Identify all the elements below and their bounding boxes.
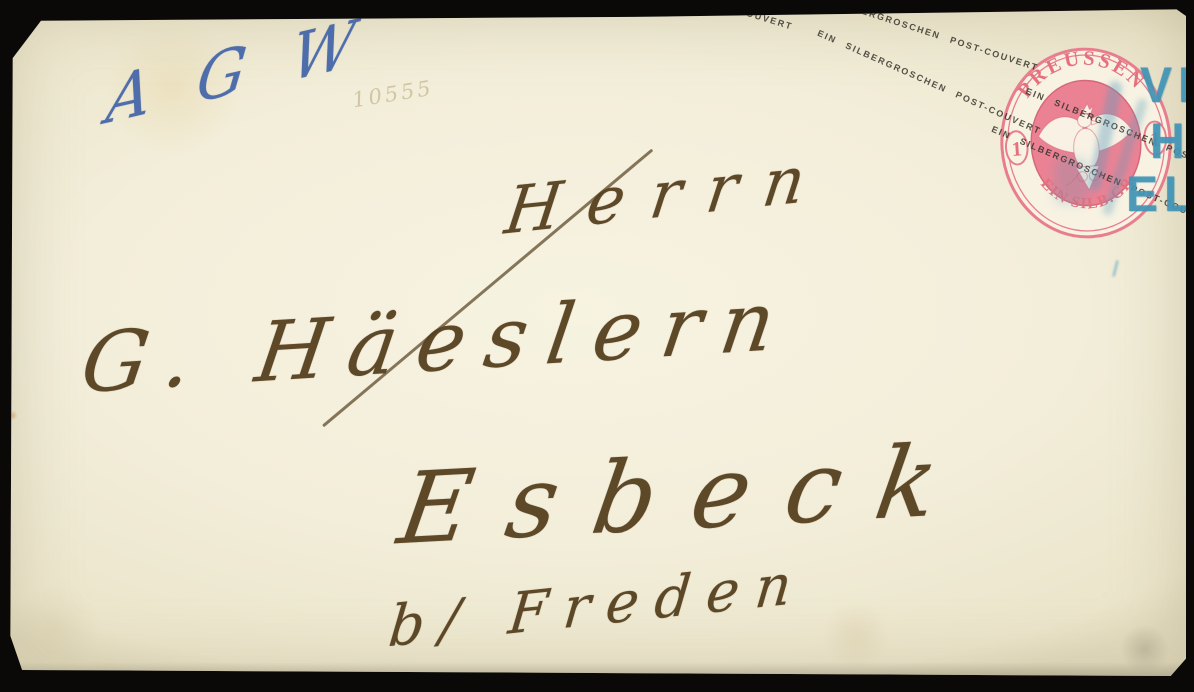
address-place: Esbeck bbox=[391, 422, 981, 567]
envelope: A G W 10555 PREUSSEN EIN SILB.GR bbox=[8, 8, 1186, 676]
postmark-smudge bbox=[1112, 260, 1119, 277]
envelope-bottom-shadow bbox=[8, 662, 1186, 676]
overprint-line-fragment: OUVERT bbox=[745, 8, 794, 32]
pencil-number: 10555 bbox=[351, 76, 436, 113]
address-salutation: Herrn bbox=[501, 140, 836, 250]
postmark-line-2: H bbox=[1150, 117, 1191, 167]
postmark-smudge bbox=[1054, 158, 1088, 204]
postmark-line-3: EL bbox=[1126, 170, 1194, 220]
blue-crayon-notation: A G W bbox=[103, 2, 373, 139]
address-name: G. Häeslern bbox=[75, 273, 801, 413]
postmark-line-1: VE bbox=[1140, 61, 1194, 111]
address-district: b/ Freden bbox=[386, 550, 811, 660]
photo-frame: A G W 10555 PREUSSEN EIN SILB.GR bbox=[0, 0, 1194, 692]
